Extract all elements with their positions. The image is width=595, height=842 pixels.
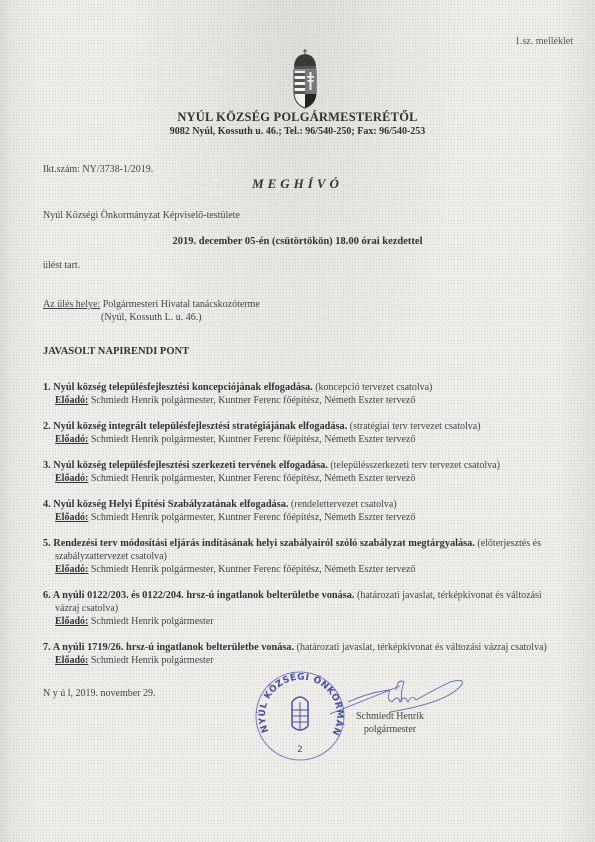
- signer-name: Schmiedt Henrik: [340, 710, 440, 723]
- venue-label: Az ülés helye:: [43, 299, 100, 310]
- venue-block: Az ülés helye: Polgármesteri Hivatal tan…: [43, 298, 260, 324]
- agenda-item-note: (településszerkezeti terv tervezet csato…: [328, 460, 500, 471]
- speaker-label: Előadó:: [55, 434, 88, 445]
- speaker-names: Schmiedt Henrik polgármester, Kuntner Fe…: [88, 473, 415, 484]
- agenda-item-title: 3. Nyúl község településfejlesztési szer…: [43, 460, 328, 471]
- agenda-item-title: 7. A nyúli 1719/26. hrsz-ú ingatlanok be…: [43, 642, 294, 653]
- agenda-item: 2. Nyúl község integrált településfejles…: [43, 420, 573, 446]
- agenda-item-title: 2. Nyúl község integrált településfejles…: [43, 421, 347, 432]
- speaker-names: Schmiedt Henrik polgármester: [88, 616, 213, 627]
- signer-title: polgármester: [340, 723, 440, 736]
- agenda-item-title: 5. Rendezési terv módosítási eljárás ind…: [43, 538, 475, 549]
- agenda-heading: JAVASOLT NAPIRENDI PONT: [43, 346, 189, 357]
- venue-name: Polgármesteri Hivatal tanácskozóterme: [103, 299, 260, 310]
- speaker-label: Előadó:: [55, 616, 88, 627]
- agenda-item: 3. Nyúl község településfejlesztési szer…: [43, 459, 573, 485]
- reference-number: Ikt.szám: NY/3738-1/2019.: [43, 164, 153, 175]
- annex-label: 1.sz. melléklet: [515, 36, 573, 47]
- header-title: NYÚL KÖZSÉG POLGÁRMESTERÉTŐL: [0, 110, 595, 125]
- agenda-item-note-cont: vázraj csatolva): [43, 602, 573, 615]
- coat-of-arms-icon: [292, 48, 318, 110]
- agenda-item-title: 6. A nyúli 0122/203. és 0122/204. hrsz-ú…: [43, 590, 355, 601]
- speaker-names: Schmiedt Henrik polgármester, Kuntner Fe…: [88, 512, 415, 523]
- speaker-names: Schmiedt Henrik polgármester, Kuntner Fe…: [88, 395, 415, 406]
- place-date: N y ú l, 2019. november 29.: [43, 688, 156, 699]
- speaker-label: Előadó:: [55, 655, 88, 666]
- speaker-names: Schmiedt Henrik polgármester, Kuntner Fe…: [88, 434, 415, 445]
- stamp-number: 2: [297, 745, 303, 755]
- agenda-item-note: (stratégiai terv tervezet csatolva): [347, 421, 480, 432]
- agenda-item-note: (rendelettervezet csatolva): [288, 499, 396, 510]
- session-text: ülést tart.: [43, 260, 80, 271]
- agenda-list: 1. Nyúl község településfejlesztési konc…: [43, 381, 573, 680]
- signer-block: Schmiedt Henrik polgármester: [340, 710, 440, 736]
- document-title: MEGHÍVÓ: [0, 176, 595, 192]
- agenda-item-note: (határozati javaslat, térképkivonat és v…: [294, 642, 547, 653]
- intro-text: Nyúl Községi Önkormányzat Képviselő-test…: [43, 210, 240, 221]
- agenda-item: 1. Nyúl község településfejlesztési konc…: [43, 381, 573, 407]
- speaker-names: Schmiedt Henrik polgármester, Kuntner Fe…: [88, 564, 415, 575]
- agenda-item-note: (előterjesztés és: [475, 538, 541, 549]
- agenda-item-title: 1. Nyúl község településfejlesztési konc…: [43, 382, 313, 393]
- agenda-item: 7. A nyúli 1719/26. hrsz-ú ingatlanok be…: [43, 641, 573, 667]
- agenda-item-note: (határozati javaslat, térképkivonat és v…: [355, 590, 542, 601]
- agenda-item-note: (koncepció tervezet csatolva): [313, 382, 433, 393]
- agenda-item-title: 4. Nyúl község Helyi Építési Szabályzatá…: [43, 499, 288, 510]
- venue-address: (Nyúl, Kossuth L. u. 46.): [43, 311, 260, 324]
- agenda-item: 6. A nyúli 0122/203. és 0122/204. hrsz-ú…: [43, 589, 573, 628]
- header-address: 9082 Nyúl, Kossuth u. 46.; Tel.: 96/540-…: [0, 126, 595, 137]
- agenda-item: 5. Rendezési terv módosítási eljárás ind…: [43, 537, 573, 576]
- speaker-names: Schmiedt Henrik polgármester: [88, 655, 213, 666]
- agenda-item-note-cont: szabályzattervezet csatolva): [43, 550, 573, 563]
- speaker-label: Előadó:: [55, 473, 88, 484]
- speaker-label: Előadó:: [55, 512, 88, 523]
- meeting-datetime: 2019. december 05-én (csütörtökön) 18.00…: [0, 236, 595, 247]
- speaker-label: Előadó:: [55, 564, 88, 575]
- speaker-label: Előadó:: [55, 395, 88, 406]
- agenda-item: 4. Nyúl község Helyi Építési Szabályzatá…: [43, 498, 573, 524]
